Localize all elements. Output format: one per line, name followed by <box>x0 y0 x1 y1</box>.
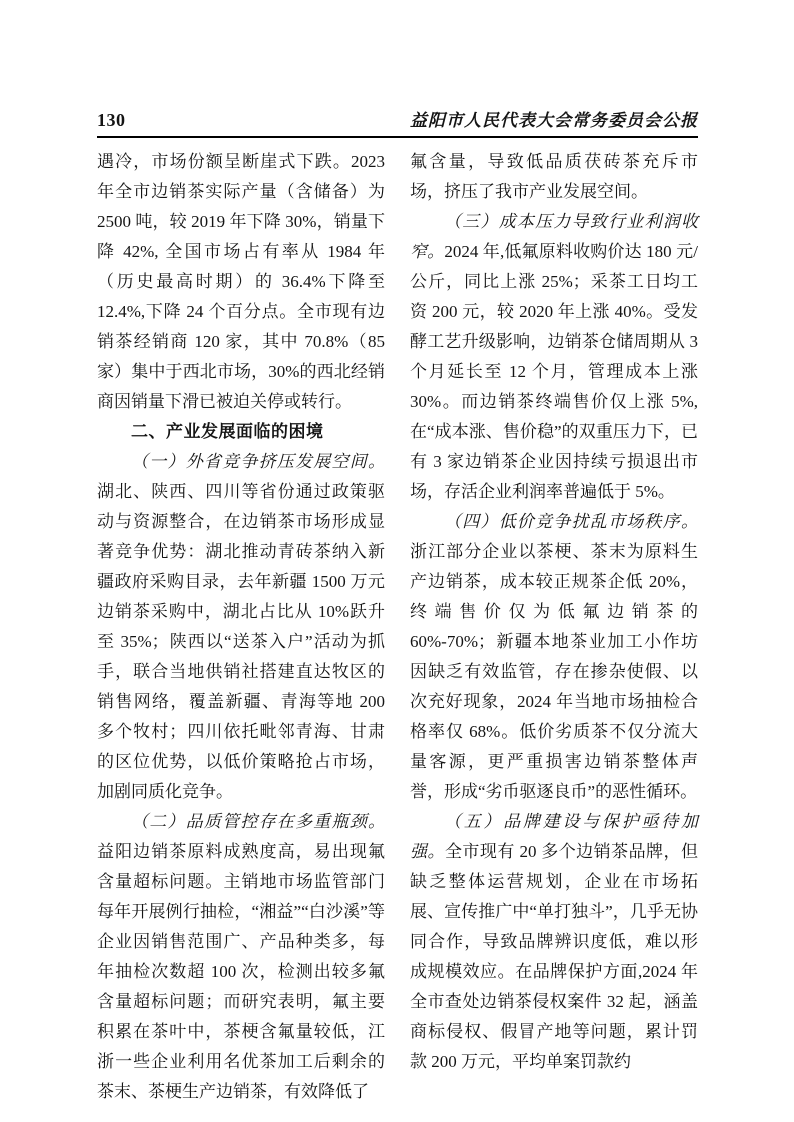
paragraph-text: 2024 年,低氟原料收购价达 180 元/公斤，同比上涨 25%；采茶工日均工… <box>410 242 698 501</box>
paragraph-text: 益阳边销茶原料成熟度高，易出现氟含量超标问题。主销地市场监管部门每年开展例行抽检… <box>97 842 385 1101</box>
left-column: 遇冷，市场份额呈断崖式下跌。2023 年全市边销茶实际产量（含储备）为 2500… <box>97 147 385 1107</box>
running-header: 130 益阳市人民代表大会常务委员会公报 <box>97 106 698 131</box>
paragraph-lead: （一）外省竞争挤压发展空间。 <box>131 452 385 471</box>
paragraph-text: 湖北、陕西、四川等省份通过政策驱动与资源整合，在边销茶市场形成显著竞争优势：湖北… <box>97 482 385 801</box>
page-content: 130 益阳市人民代表大会常务委员会公报 遇冷，市场份额呈断崖式下跌。2023 … <box>97 106 698 1107</box>
right-column: 氟含量，导致低品质茯砖茶充斥市场，挤压了我市产业发展空间。 （三）成本压力导致行… <box>410 147 698 1107</box>
page-number: 130 <box>97 110 126 131</box>
header-title: 益阳市人民代表大会常务委员会公报 <box>410 106 698 131</box>
section-heading: 二、产业发展面临的困境 <box>97 417 385 447</box>
two-column-body: 遇冷，市场份额呈断崖式下跌。2023 年全市边销茶实际产量（含储备）为 2500… <box>97 147 698 1107</box>
paragraph-text: 浙江部分企业以茶梗、茶末为原料生产边销茶，成本较正规茶企低 20%，终端售价仅为… <box>410 542 698 801</box>
paragraph-continuation: 遇冷，市场份额呈断崖式下跌。2023 年全市边销茶实际产量（含储备）为 2500… <box>97 147 385 417</box>
document-page: 130 益阳市人民代表大会常务委员会公报 遇冷，市场份额呈断崖式下跌。2023 … <box>0 0 794 1122</box>
header-rule <box>97 136 698 138</box>
paragraph: （三）成本压力导致行业利润收窄。2024 年,低氟原料收购价达 180 元/公斤… <box>410 207 698 507</box>
paragraph-lead: （四）低价竞争扰乱市场秩序。 <box>444 512 698 531</box>
paragraph-continuation: 氟含量，导致低品质茯砖茶充斥市场，挤压了我市产业发展空间。 <box>410 147 698 207</box>
paragraph: （五）品牌建设与保护亟待加强。全市现有 20 多个边销茶品牌，但缺乏整体运营规划… <box>410 807 698 1077</box>
paragraph: （一）外省竞争挤压发展空间。湖北、陕西、四川等省份通过政策驱动与资源整合，在边销… <box>97 447 385 807</box>
paragraph: （四）低价竞争扰乱市场秩序。浙江部分企业以茶梗、茶末为原料生产边销茶，成本较正规… <box>410 507 698 807</box>
paragraph-text: 全市现有 20 多个边销茶品牌，但缺乏整体运营规划，企业在市场拓展、宣传推广中“… <box>410 842 698 1071</box>
paragraph: （二）品质管控存在多重瓶颈。益阳边销茶原料成熟度高，易出现氟含量超标问题。主销地… <box>97 807 385 1107</box>
paragraph-lead: （二）品质管控存在多重瓶颈。 <box>131 812 385 831</box>
